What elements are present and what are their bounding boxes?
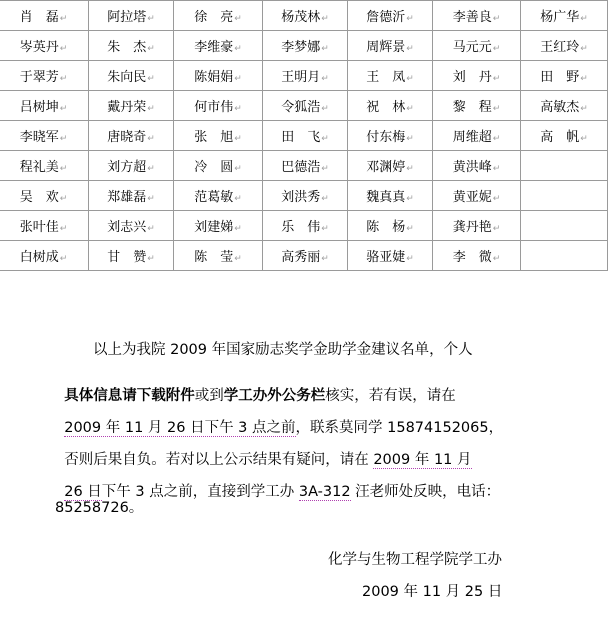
paragraph-mark-icon: ↵ bbox=[321, 44, 329, 54]
student-name: 肖 磊 bbox=[20, 10, 59, 25]
name-cell: 唐晓奇↵ bbox=[89, 121, 174, 151]
student-name: 龚丹艳 bbox=[453, 220, 492, 235]
paragraph-mark-icon: ↵ bbox=[321, 194, 329, 204]
student-name: 刘洪秀 bbox=[281, 190, 320, 205]
name-list-table: 肖 磊↵阿拉塔↵徐 亮↵杨茂林↵詹德沂↵李善良↵杨广华↵岑英丹↵朱 杰↵李维豪↵… bbox=[0, 0, 608, 271]
student-name: 刘志兴 bbox=[107, 220, 146, 235]
paragraph-mark-icon: ↵ bbox=[580, 104, 588, 114]
name-cell: 刘志兴↵ bbox=[89, 211, 174, 241]
name-cell: 周维超↵ bbox=[433, 121, 521, 151]
student-name: 王明月 bbox=[281, 70, 320, 85]
paragraph-mark-icon: ↵ bbox=[321, 74, 329, 84]
student-name: 黎 程 bbox=[453, 100, 492, 115]
name-cell: 于翠芳↵ bbox=[0, 61, 89, 91]
paragraph-mark-icon: ↵ bbox=[406, 224, 414, 234]
paragraph-mark-icon: ↵ bbox=[60, 104, 68, 114]
student-name: 李维豪 bbox=[194, 40, 233, 55]
paragraph-mark-icon: ↵ bbox=[580, 134, 588, 144]
student-name: 田 飞 bbox=[281, 130, 320, 145]
paragraph-mark-icon: ↵ bbox=[147, 104, 155, 114]
paragraph-mark-icon: ↵ bbox=[493, 194, 501, 204]
empty-cell bbox=[521, 181, 608, 211]
paragraph-mark-icon: ↵ bbox=[147, 74, 155, 84]
student-name: 魏真真 bbox=[366, 190, 405, 205]
student-name: 朱 杰 bbox=[107, 40, 146, 55]
student-name: 周维超 bbox=[453, 130, 492, 145]
table-row: 肖 磊↵阿拉塔↵徐 亮↵杨茂林↵詹德沂↵李善良↵杨广华↵ bbox=[0, 1, 608, 31]
empty-cell bbox=[521, 211, 608, 241]
name-cell: 陈娟娟↵ bbox=[174, 61, 263, 91]
student-name: 甘 赞 bbox=[107, 250, 146, 265]
name-cell: 杨茂林↵ bbox=[263, 1, 348, 31]
name-cell: 阿拉塔↵ bbox=[89, 1, 174, 31]
empty-cell bbox=[521, 241, 608, 271]
student-name: 田 野 bbox=[540, 70, 579, 85]
name-cell: 黄亚妮↵ bbox=[433, 181, 521, 211]
student-name: 高敏杰 bbox=[540, 100, 579, 115]
student-name: 程礼美 bbox=[20, 160, 59, 175]
name-cell: 詹德沂↵ bbox=[348, 1, 433, 31]
student-name: 李善良 bbox=[453, 10, 492, 25]
name-cell: 田 飞↵ bbox=[263, 121, 348, 151]
student-name: 付东梅 bbox=[366, 130, 405, 145]
paragraph-mark-icon: ↵ bbox=[493, 74, 501, 84]
name-cell: 陈 莹↵ bbox=[174, 241, 263, 271]
paragraph-mark-icon: ↵ bbox=[60, 134, 68, 144]
name-cell: 令狐浩↵ bbox=[263, 91, 348, 121]
paragraph-mark-icon: ↵ bbox=[234, 134, 242, 144]
name-cell: 巴德浩↵ bbox=[263, 151, 348, 181]
student-name: 陈娟娟 bbox=[194, 70, 233, 85]
name-cell: 陈 杨↵ bbox=[348, 211, 433, 241]
name-cell: 高秀丽↵ bbox=[263, 241, 348, 271]
paragraph-mark-icon: ↵ bbox=[234, 194, 242, 204]
table-row: 吕树坤↵戴丹荣↵何市伟↵令狐浩↵祝 林↵黎 程↵高敏杰↵ bbox=[0, 91, 608, 121]
student-name: 张叶佳 bbox=[20, 220, 59, 235]
name-cell: 岑英丹↵ bbox=[0, 31, 89, 61]
paragraph-mark-icon: ↵ bbox=[406, 104, 414, 114]
paragraph-mark-icon: ↵ bbox=[60, 74, 68, 84]
student-name: 乐 伟 bbox=[281, 220, 320, 235]
paragraph-mark-icon: ↵ bbox=[147, 224, 155, 234]
paragraph-mark-icon: ↵ bbox=[406, 134, 414, 144]
name-cell: 程礼美↵ bbox=[0, 151, 89, 181]
name-cell: 吴 欢↵ bbox=[0, 181, 89, 211]
name-cell: 徐 亮↵ bbox=[174, 1, 263, 31]
name-cell: 李 微↵ bbox=[433, 241, 521, 271]
name-cell: 甘 赞↵ bbox=[89, 241, 174, 271]
student-name: 戴丹荣 bbox=[107, 100, 146, 115]
name-cell: 王红玲↵ bbox=[521, 31, 608, 61]
table-row: 李晓军↵唐晓奇↵张 旭↵田 飞↵付东梅↵周维超↵高 帆↵ bbox=[0, 121, 608, 151]
name-cell: 刘洪秀↵ bbox=[263, 181, 348, 211]
student-name: 高秀丽 bbox=[281, 250, 320, 265]
paragraph-mark-icon: ↵ bbox=[493, 224, 501, 234]
name-cell: 刘 丹↵ bbox=[433, 61, 521, 91]
name-cell: 张 旭↵ bbox=[174, 121, 263, 151]
paragraph-mark-icon: ↵ bbox=[60, 44, 68, 54]
name-cell: 高敏杰↵ bbox=[521, 91, 608, 121]
paragraph-mark-icon: ↵ bbox=[234, 104, 242, 114]
paragraph-mark-icon: ↵ bbox=[493, 104, 501, 114]
name-cell: 邓渊婷↵ bbox=[348, 151, 433, 181]
room-number: 3A-312 bbox=[299, 484, 351, 501]
student-name: 朱向民 bbox=[107, 70, 146, 85]
paragraph-mark-icon: ↵ bbox=[580, 44, 588, 54]
paragraph-mark-icon: ↵ bbox=[493, 164, 501, 174]
empty-cell bbox=[521, 151, 608, 181]
name-cell: 骆亚婕↵ bbox=[348, 241, 433, 271]
paragraph-mark-icon: ↵ bbox=[406, 74, 414, 84]
student-name: 唐晓奇 bbox=[107, 130, 146, 145]
paragraph-mark-icon: ↵ bbox=[147, 14, 155, 24]
name-cell: 肖 磊↵ bbox=[0, 1, 89, 31]
notice-line-6-phone: 85258726。 bbox=[55, 496, 143, 517]
name-cell: 李晓军↵ bbox=[0, 121, 89, 151]
paragraph-mark-icon: ↵ bbox=[234, 224, 242, 234]
name-cell: 白树成↵ bbox=[0, 241, 89, 271]
student-name: 骆亚婕 bbox=[366, 250, 405, 265]
paragraph-mark-icon: ↵ bbox=[60, 194, 68, 204]
name-cell: 高 帆↵ bbox=[521, 121, 608, 151]
student-name: 刘 丹 bbox=[453, 70, 492, 85]
paragraph-mark-icon: ↵ bbox=[234, 44, 242, 54]
table-row: 于翠芳↵朱向民↵陈娟娟↵王明月↵王 凤↵刘 丹↵田 野↵ bbox=[0, 61, 608, 91]
table-row: 白树成↵甘 赞↵陈 莹↵高秀丽↵骆亚婕↵李 微↵ bbox=[0, 241, 608, 271]
paragraph-mark-icon: ↵ bbox=[147, 164, 155, 174]
paragraph-mark-icon: ↵ bbox=[406, 254, 414, 264]
student-name: 周辉景 bbox=[366, 40, 405, 55]
student-name: 郑雄磊 bbox=[107, 190, 146, 205]
student-name: 李 微 bbox=[453, 250, 492, 265]
student-name: 高 帆 bbox=[540, 130, 579, 145]
paragraph-mark-icon: ↵ bbox=[234, 14, 242, 24]
notice-line-1: 以上为我院 2009 年国家励志奖学金助学金建议名单，个人 bbox=[93, 338, 473, 359]
student-name: 陈 莹 bbox=[194, 250, 233, 265]
paragraph-mark-icon: ↵ bbox=[234, 164, 242, 174]
name-cell: 王明月↵ bbox=[263, 61, 348, 91]
paragraph-mark-icon: ↵ bbox=[321, 254, 329, 264]
paragraph-mark-icon: ↵ bbox=[234, 74, 242, 84]
student-name: 詹德沂 bbox=[366, 10, 405, 25]
paragraph-mark-icon: ↵ bbox=[147, 44, 155, 54]
name-cell: 李维豪↵ bbox=[174, 31, 263, 61]
student-name: 邓渊婷 bbox=[366, 160, 405, 175]
paragraph-mark-icon: ↵ bbox=[493, 254, 501, 264]
name-cell: 郑雄磊↵ bbox=[89, 181, 174, 211]
name-cell: 戴丹荣↵ bbox=[89, 91, 174, 121]
name-cell: 刘建娣↵ bbox=[174, 211, 263, 241]
student-name: 陈 杨 bbox=[366, 220, 405, 235]
paragraph-mark-icon: ↵ bbox=[60, 254, 68, 264]
student-name: 李晓军 bbox=[20, 130, 59, 145]
table-row: 岑英丹↵朱 杰↵李维豪↵李梦娜↵周辉景↵马元元↵王红玲↵ bbox=[0, 31, 608, 61]
name-cell: 冷 圆↵ bbox=[174, 151, 263, 181]
student-name: 冷 圆 bbox=[194, 160, 233, 175]
paragraph-mark-icon: ↵ bbox=[147, 254, 155, 264]
paragraph-mark-icon: ↵ bbox=[406, 44, 414, 54]
name-cell: 祝 林↵ bbox=[348, 91, 433, 121]
name-cell: 田 野↵ bbox=[521, 61, 608, 91]
paragraph-mark-icon: ↵ bbox=[580, 14, 588, 24]
paragraph-mark-icon: ↵ bbox=[60, 224, 68, 234]
student-name: 徐 亮 bbox=[194, 10, 233, 25]
name-cell: 魏真真↵ bbox=[348, 181, 433, 211]
paragraph-mark-icon: ↵ bbox=[580, 74, 588, 84]
paragraph-mark-icon: ↵ bbox=[493, 14, 501, 24]
name-cell: 周辉景↵ bbox=[348, 31, 433, 61]
name-cell: 黎 程↵ bbox=[433, 91, 521, 121]
student-name: 岑英丹 bbox=[20, 40, 59, 55]
name-cell: 付东梅↵ bbox=[348, 121, 433, 151]
student-name: 吕树坤 bbox=[20, 100, 59, 115]
paragraph-mark-icon: ↵ bbox=[406, 14, 414, 24]
paragraph-mark-icon: ↵ bbox=[147, 134, 155, 144]
name-cell: 龚丹艳↵ bbox=[433, 211, 521, 241]
student-name: 杨茂林 bbox=[281, 10, 320, 25]
student-name: 何市伟 bbox=[194, 100, 233, 115]
student-name: 阿拉塔 bbox=[107, 10, 146, 25]
student-name: 于翠芳 bbox=[20, 70, 59, 85]
name-cell: 刘方超↵ bbox=[89, 151, 174, 181]
student-name: 黄洪峰 bbox=[453, 160, 492, 175]
student-name: 巴德浩 bbox=[281, 160, 320, 175]
paragraph-mark-icon: ↵ bbox=[147, 194, 155, 204]
student-name: 令狐浩 bbox=[281, 100, 320, 115]
notice-text: 汪老师处反映，电话： bbox=[351, 484, 501, 500]
student-name: 李梦娜 bbox=[281, 40, 320, 55]
student-name: 刘方超 bbox=[107, 160, 146, 175]
paragraph-mark-icon: ↵ bbox=[321, 14, 329, 24]
paragraph-mark-icon: ↵ bbox=[493, 44, 501, 54]
student-name: 刘建娣 bbox=[194, 220, 233, 235]
paragraph-mark-icon: ↵ bbox=[493, 134, 501, 144]
name-cell: 李梦娜↵ bbox=[263, 31, 348, 61]
student-name: 黄亚妮 bbox=[453, 190, 492, 205]
student-name: 祝 林 bbox=[366, 100, 405, 115]
paragraph-mark-icon: ↵ bbox=[321, 224, 329, 234]
name-cell: 吕树坤↵ bbox=[0, 91, 89, 121]
student-name: 王红玲 bbox=[540, 40, 579, 55]
name-cell: 乐 伟↵ bbox=[263, 211, 348, 241]
name-cell: 杨广华↵ bbox=[521, 1, 608, 31]
table-row: 张叶佳↵刘志兴↵刘建娣↵乐 伟↵陈 杨↵龚丹艳↵ bbox=[0, 211, 608, 241]
student-name: 杨广华 bbox=[540, 10, 579, 25]
student-name: 吴 欢 bbox=[20, 190, 59, 205]
paragraph-mark-icon: ↵ bbox=[321, 104, 329, 114]
student-name: 马元元 bbox=[453, 40, 492, 55]
paragraph-mark-icon: ↵ bbox=[60, 164, 68, 174]
name-cell: 王 凤↵ bbox=[348, 61, 433, 91]
student-name: 王 凤 bbox=[366, 70, 405, 85]
name-cell: 何市伟↵ bbox=[174, 91, 263, 121]
table-row: 程礼美↵刘方超↵冷 圆↵巴德浩↵邓渊婷↵黄洪峰↵ bbox=[0, 151, 608, 181]
signature-date: 2009 年 11 月 25 日 bbox=[362, 580, 502, 601]
paragraph-mark-icon: ↵ bbox=[234, 254, 242, 264]
signature-org: 化学与生物工程学院学工办 bbox=[328, 548, 502, 569]
name-cell: 马元元↵ bbox=[433, 31, 521, 61]
paragraph-mark-icon: ↵ bbox=[60, 14, 68, 24]
paragraph-mark-icon: ↵ bbox=[321, 164, 329, 174]
name-cell: 李善良↵ bbox=[433, 1, 521, 31]
name-cell: 朱向民↵ bbox=[89, 61, 174, 91]
student-name: 范葛敏 bbox=[194, 190, 233, 205]
student-name: 张 旭 bbox=[194, 130, 233, 145]
paragraph-mark-icon: ↵ bbox=[406, 164, 414, 174]
student-name: 白树成 bbox=[20, 250, 59, 265]
paragraph-mark-icon: ↵ bbox=[406, 194, 414, 204]
name-cell: 黄洪峰↵ bbox=[433, 151, 521, 181]
name-cell: 张叶佳↵ bbox=[0, 211, 89, 241]
paragraph-mark-icon: ↵ bbox=[321, 134, 329, 144]
table-row: 吴 欢↵郑雄磊↵范葛敏↵刘洪秀↵魏真真↵黄亚妮↵ bbox=[0, 181, 608, 211]
name-cell: 朱 杰↵ bbox=[89, 31, 174, 61]
name-cell: 范葛敏↵ bbox=[174, 181, 263, 211]
